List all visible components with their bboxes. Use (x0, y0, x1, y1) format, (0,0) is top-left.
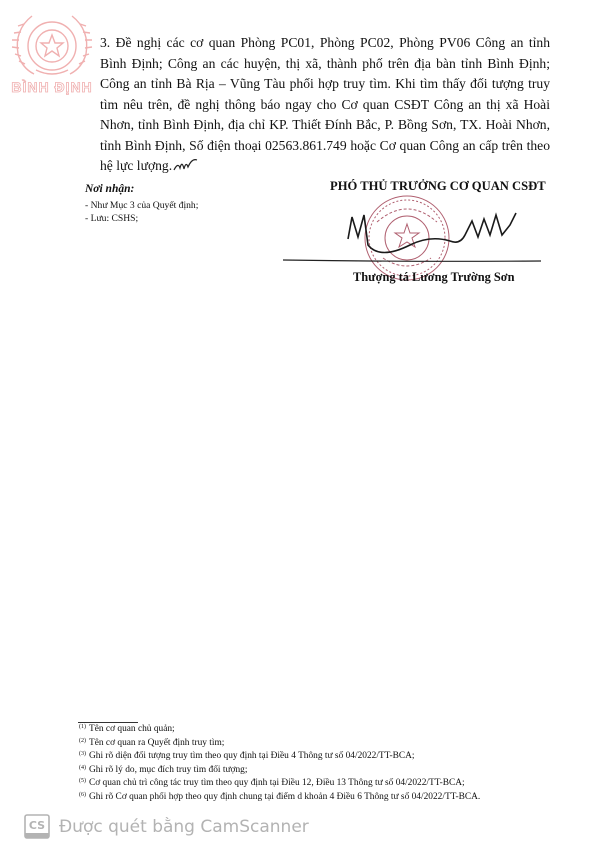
footnote: (4)Ghi rõ lý do, mục đích truy tìm đối t… (79, 763, 480, 777)
camscanner-text: Được quét bằng CamScanner (59, 817, 309, 837)
camscanner-logo-icon: CS (24, 814, 50, 839)
footnote: (1)Tên cơ quan chủ quản; (79, 722, 480, 736)
footnote: (2)Tên cơ quan ra Quyết định truy tìm; (79, 736, 480, 750)
footnote: (3)Ghi rõ diện đối tượng truy tìm theo q… (79, 749, 480, 763)
recipient-item: - Như Mục 3 của Quyết định; (85, 199, 198, 212)
police-emblem-icon: BÌNH ĐỊNH (2, 8, 102, 96)
footnotes: (1)Tên cơ quan chủ quản; (2)Tên cơ quan … (79, 722, 480, 804)
recipient-item: - Lưu: CSHS; (85, 212, 198, 225)
camscanner-footer: CS Được quét bằng CamScanner (24, 814, 309, 839)
signature-icon (340, 205, 540, 260)
svg-text:BÌNH ĐỊNH: BÌNH ĐỊNH (11, 79, 92, 95)
footnote: (5)Cơ quan chủ trì công tác truy tìm the… (79, 776, 480, 790)
body-paragraph: 3. Đề nghị các cơ quan Phòng PC01, Phòng… (100, 33, 550, 177)
signature-underline (283, 259, 541, 262)
footnote: (6)Ghi rõ Cơ quan phối hợp theo quy định… (79, 790, 480, 804)
recipients-title: Nơi nhận: (85, 183, 198, 196)
initials-mark-icon (172, 158, 198, 172)
signer-name: Thượng tá Lương Trường Sơn (353, 270, 515, 285)
svg-text:CS: CS (29, 819, 45, 832)
recipients-section: Nơi nhận: - Như Mục 3 của Quyết định; - … (85, 183, 198, 225)
